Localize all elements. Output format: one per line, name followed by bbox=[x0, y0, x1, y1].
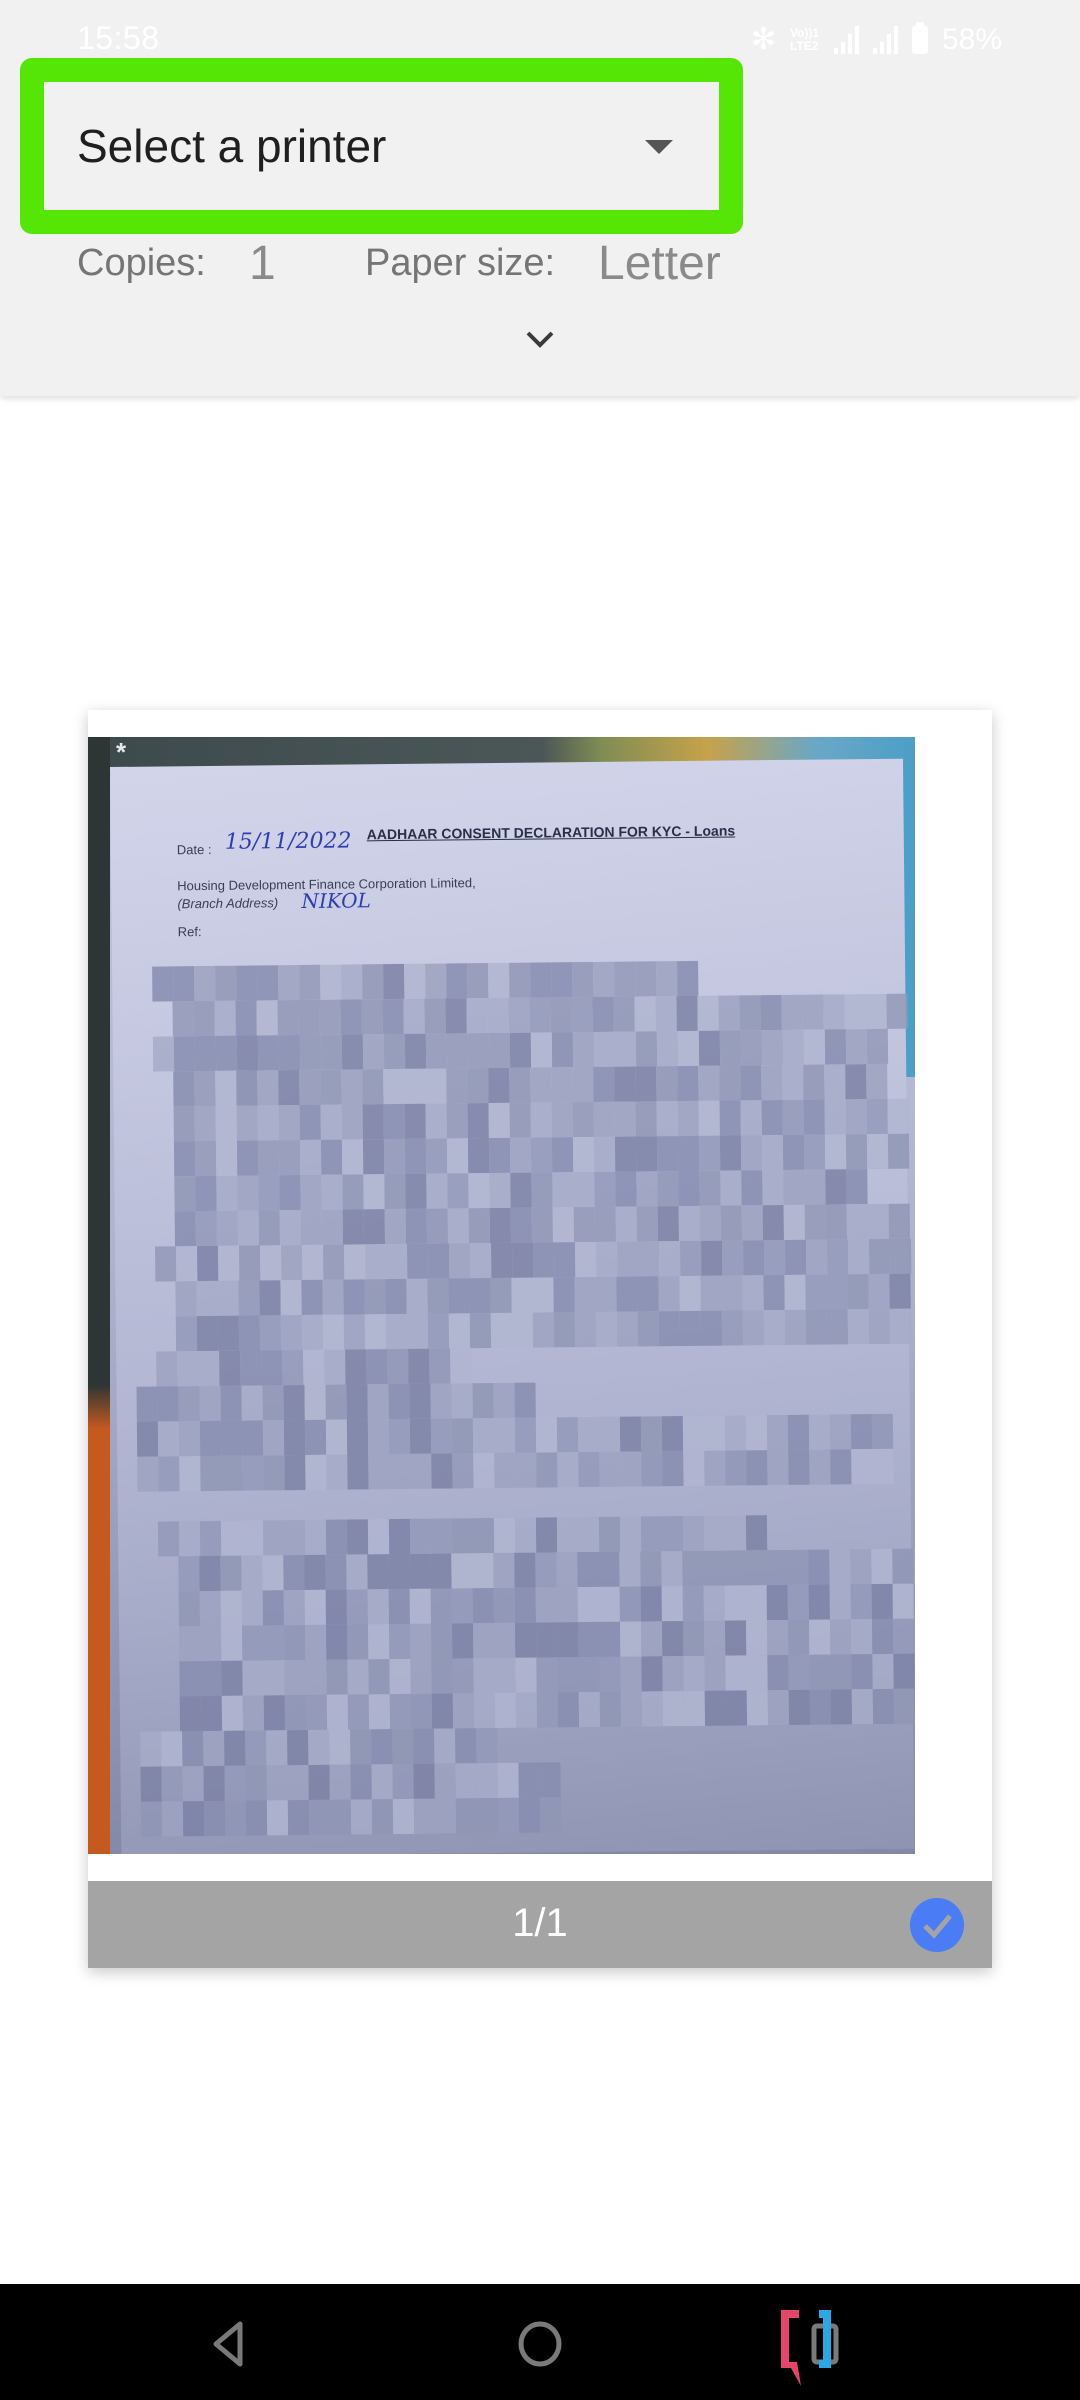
page-number: 1/1 bbox=[88, 1901, 992, 1946]
asterisk-mark: * bbox=[116, 737, 126, 768]
back-icon bbox=[188, 2304, 268, 2384]
doc-date-handwritten: 15/11/2022 bbox=[225, 828, 352, 854]
printer-select-dropdown[interactable]: Select a printer bbox=[44, 82, 719, 210]
signal-sim2-icon bbox=[873, 26, 898, 54]
signal-sim1-icon bbox=[834, 26, 859, 54]
home-icon bbox=[500, 2304, 580, 2384]
page-footer: 1/1 bbox=[88, 1881, 992, 1968]
status-icons: ✻ Vo))1 LTE2 58% bbox=[751, 20, 1002, 60]
photo-background-left bbox=[88, 737, 110, 1854]
document-photo: * Date : 15/11/2022 AADHAAR CONSENT DECL… bbox=[88, 737, 915, 1854]
doc-ref-label: Ref: bbox=[178, 924, 202, 939]
volte-lte2-icon: Vo))1 LTE2 bbox=[790, 27, 820, 53]
status-time: 15:58 bbox=[77, 20, 160, 57]
navigation-bar bbox=[0, 2284, 1080, 2400]
printer-select-label: Select a printer bbox=[77, 119, 386, 173]
doc-branch-label: (Branch Address) bbox=[177, 895, 278, 911]
back-button[interactable] bbox=[188, 2304, 268, 2384]
watermark-logo-icon bbox=[775, 2306, 885, 2396]
paper-size-value[interactable]: Letter bbox=[598, 236, 721, 291]
page-selected-checkbox[interactable] bbox=[910, 1898, 964, 1952]
bluetooth-icon: ✻ bbox=[751, 25, 776, 55]
doc-branch-handwritten: NIKOL bbox=[301, 888, 371, 913]
chevron-down-icon[interactable] bbox=[522, 322, 558, 358]
check-icon bbox=[910, 1898, 964, 1952]
copies-value[interactable]: 1 bbox=[249, 236, 276, 291]
copies-label: Copies: bbox=[77, 242, 206, 285]
paper-size-label: Paper size: bbox=[365, 242, 555, 285]
doc-title: AADHAAR CONSENT DECLARATION FOR KYC - Lo… bbox=[367, 822, 736, 842]
battery-icon bbox=[912, 26, 928, 54]
home-button[interactable] bbox=[500, 2304, 580, 2384]
print-summary-row: Copies: 1 Paper size: Letter bbox=[77, 236, 777, 296]
dropdown-caret-icon bbox=[645, 140, 673, 154]
page-preview-card[interactable]: * Date : 15/11/2022 AADHAAR CONSENT DECL… bbox=[88, 710, 992, 1968]
document-sheet: Date : 15/11/2022 AADHAAR CONSENT DECLAR… bbox=[110, 759, 914, 1854]
battery-percent: 58% bbox=[942, 23, 1002, 57]
doc-date-label: Date : bbox=[177, 842, 212, 857]
